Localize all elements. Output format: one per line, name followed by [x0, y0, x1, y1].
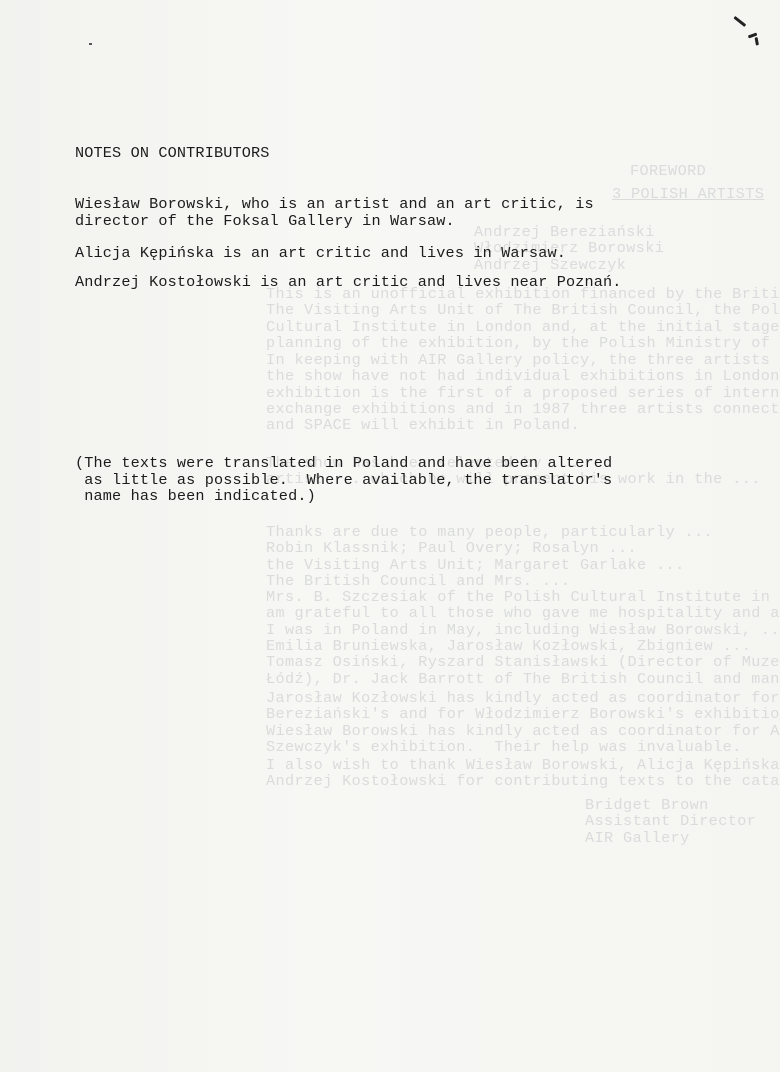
corner-mark [734, 16, 747, 27]
corner-mark [755, 37, 759, 45]
translation-note: (The texts were translated in Poland and… [75, 455, 612, 505]
show-through-para2: In keeping with AIR Gallery policy, the … [266, 352, 780, 433]
contributor-note-kepinska: Alicja Kępińska is an art critic and liv… [75, 245, 566, 262]
show-through-para1: This is an unofficial exhibition finance… [266, 286, 780, 351]
scanned-page: FOREWORD 3 POLISH ARTISTS Andrzej Berezi… [0, 0, 780, 1072]
speck [89, 43, 92, 45]
page-title: NOTES ON CONTRIBUTORS [75, 145, 270, 162]
show-through-para4: Thanks are due to many people, particula… [266, 524, 780, 687]
show-through-signature: Bridget Brown Assistant Director AIR Gal… [585, 797, 756, 846]
contributor-note-borowski: Wiesław Borowski, who is an artist and a… [75, 196, 594, 229]
show-through-title: FOREWORD [630, 163, 706, 179]
contributor-note-kostolowski: Andrzej Kostołowski is an art critic and… [75, 274, 622, 291]
show-through-para5: Jarosław Kozłowski has kindly acted as c… [266, 690, 780, 755]
show-through-subtitle: 3 POLISH ARTISTS [612, 186, 764, 202]
show-through-para6: I also wish to thank Wiesław Borowski, A… [266, 757, 780, 790]
